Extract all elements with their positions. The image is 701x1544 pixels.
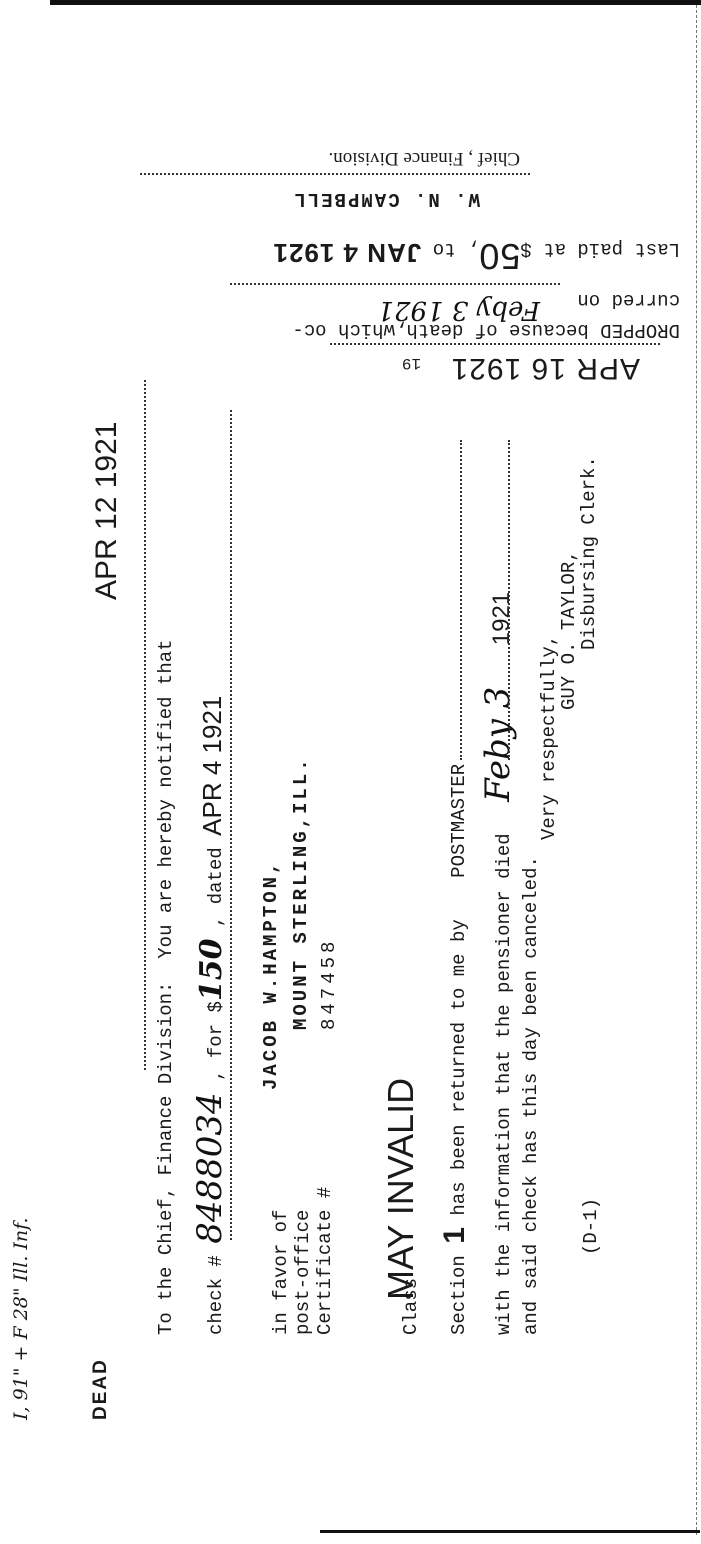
last-paid-line: Last paid at $50, to JAN 4 1921 (273, 235, 680, 277)
dotted-line (460, 440, 462, 760)
salutation: To the Chief, Finance Division: (155, 982, 177, 1335)
salutation-line: To the Chief, Finance Division: You are … (155, 639, 177, 1335)
death-year: 1921 (488, 592, 515, 645)
signature-line (140, 173, 530, 175)
information-text: with the information that the pensioner … (493, 833, 515, 1335)
amount: 150 (194, 938, 229, 1001)
signer-title: Disbursing Clerk. (578, 456, 600, 650)
occurred-text: curred on (577, 289, 680, 311)
notice-text: You are hereby notified that (155, 639, 177, 958)
certificate-number: 847458 (318, 938, 340, 1030)
closing: Very respectfully, (538, 635, 560, 840)
information-line: with the information that the pensioner … (478, 592, 518, 1335)
check-line: check # 8488034 , for $150 , dated APR 4… (190, 696, 230, 1335)
form-id: (D-1) (580, 1198, 602, 1255)
top-edge (50, 0, 701, 5)
last-paid-label: Last paid at $ (520, 238, 680, 260)
returned-text: has been returned to me by (448, 919, 470, 1215)
dotted-line (230, 283, 560, 285)
canceled-text: and said check has this day been cancele… (520, 856, 542, 1335)
check-date: APR 4 1921 (197, 696, 227, 836)
year-prefix: 19 (402, 354, 421, 372)
dotted-line (144, 380, 146, 1070)
dropped-section: APR 16 1921 19 DROPPED because of death,… (80, 95, 680, 395)
dotted-line (330, 343, 660, 345)
dated-label: , dated (205, 847, 227, 927)
chief-name: W. N. CAMPBELL (292, 188, 480, 210)
returned-by: POSTMASTER (448, 764, 470, 878)
dotted-line (508, 440, 510, 760)
last-paid-date: JAN 4 1921 (273, 238, 422, 268)
bottom-edge (320, 1530, 700, 1533)
received-date-stamp: APR 12 1921 (90, 422, 124, 600)
post-office: MOUNT STERLING,ILL. (290, 756, 312, 1030)
favor-label: in favor of (270, 1210, 292, 1335)
section-line: Section 1 has been returned to me by POS… (438, 764, 472, 1335)
to-label: , to (433, 238, 479, 260)
for-label: , for $ (205, 1001, 227, 1081)
section-number: 1 (438, 1227, 471, 1244)
invalid-stamp: MAY INVALID (380, 1078, 422, 1300)
handwritten-annotation: I, 91" + F 28" Ill. Inf. (10, 1217, 32, 1420)
signer-name: GUY O. TAYLOR, (558, 550, 580, 710)
check-label: check # (205, 1255, 227, 1335)
last-paid-amount: 50 (478, 236, 520, 277)
section-label: Section (448, 1255, 470, 1335)
check-number: 8488034 (190, 1092, 230, 1243)
notice-body: DEAD I, 91" + F 28" Ill. Inf. APR 12 192… (80, 380, 700, 1480)
death-date-handwritten: Feby 3 (478, 687, 518, 802)
post-office-label: post-office (292, 1210, 314, 1335)
chief-title: Chief , Finance Division. (328, 147, 520, 169)
payee-name: JACOB W.HAMPTON, (260, 860, 282, 1090)
dotted-line (230, 410, 232, 1240)
certificate-label: Certificate # (314, 1187, 336, 1335)
dead-stamp: DEAD (90, 1358, 112, 1420)
occurred-date-handwritten: Feby 3 1921 (377, 295, 540, 325)
